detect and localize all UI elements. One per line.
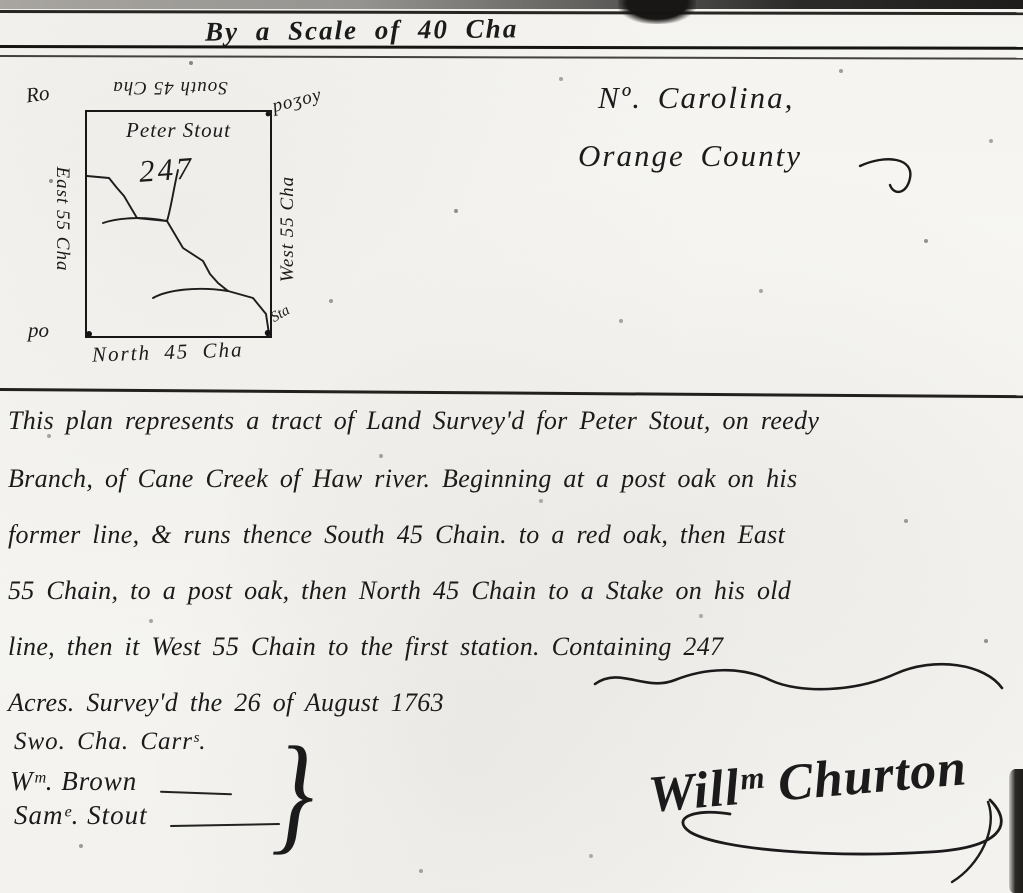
plat-boundary-square: Peter Stout 247 bbox=[85, 110, 272, 338]
body-line-1: This plan represents a tract of Land Sur… bbox=[8, 406, 1020, 436]
creek-main-branch bbox=[87, 176, 269, 334]
body-line-3: former line, & runs thence South 45 Chai… bbox=[8, 520, 1020, 550]
body-line-4: 55 Chain, to a post oak, then North 45 C… bbox=[8, 576, 1020, 606]
body-line-5: line, then it West 55 Chain to the first… bbox=[8, 632, 1020, 662]
signature-flourish bbox=[600, 770, 1023, 890]
scale-note: By a Scale of 40 Cha bbox=[205, 13, 519, 47]
creek-lower-tributary bbox=[153, 289, 228, 298]
corner-dots bbox=[87, 112, 270, 336]
plat-acreage: 247 bbox=[138, 150, 196, 190]
date-line-flourish bbox=[590, 660, 1010, 705]
body-line-2: Branch, of Cane Creek of Haw river. Begi… bbox=[8, 464, 1020, 494]
plat-side-label-west: West 55 Cha bbox=[277, 129, 299, 329]
plat-owner-name: Peter Stout bbox=[87, 118, 270, 143]
plat-corner-red-oak: Ro bbox=[24, 80, 51, 108]
plat-corner-post-oak-bottom: po bbox=[28, 318, 49, 343]
chain-carriers-brace: } bbox=[271, 716, 313, 869]
chain-carriers-heading: Swo. Cha. Carrˢ. bbox=[14, 728, 207, 756]
creek-drawing bbox=[87, 112, 270, 336]
plat-side-label-south: South 45 Cha bbox=[70, 76, 270, 98]
chain-carrier-name-stout: Samᵉ. Stout bbox=[14, 800, 148, 831]
chain-carrier-name-brown: Wᵐ. Brown bbox=[10, 766, 137, 797]
province-heading: Nº. Carolina, bbox=[598, 80, 794, 116]
plat-side-label-east: East 55 Cha bbox=[51, 119, 73, 319]
survey-document-scan: { "page": { "scale_note": "By a Scale of… bbox=[0, 0, 1023, 893]
plat-side-label-north: North 45 Cha bbox=[92, 337, 244, 367]
county-flourish bbox=[858, 152, 928, 202]
county-heading: Orange County bbox=[578, 138, 802, 174]
scan-edge-noise-top bbox=[0, 0, 1023, 9]
